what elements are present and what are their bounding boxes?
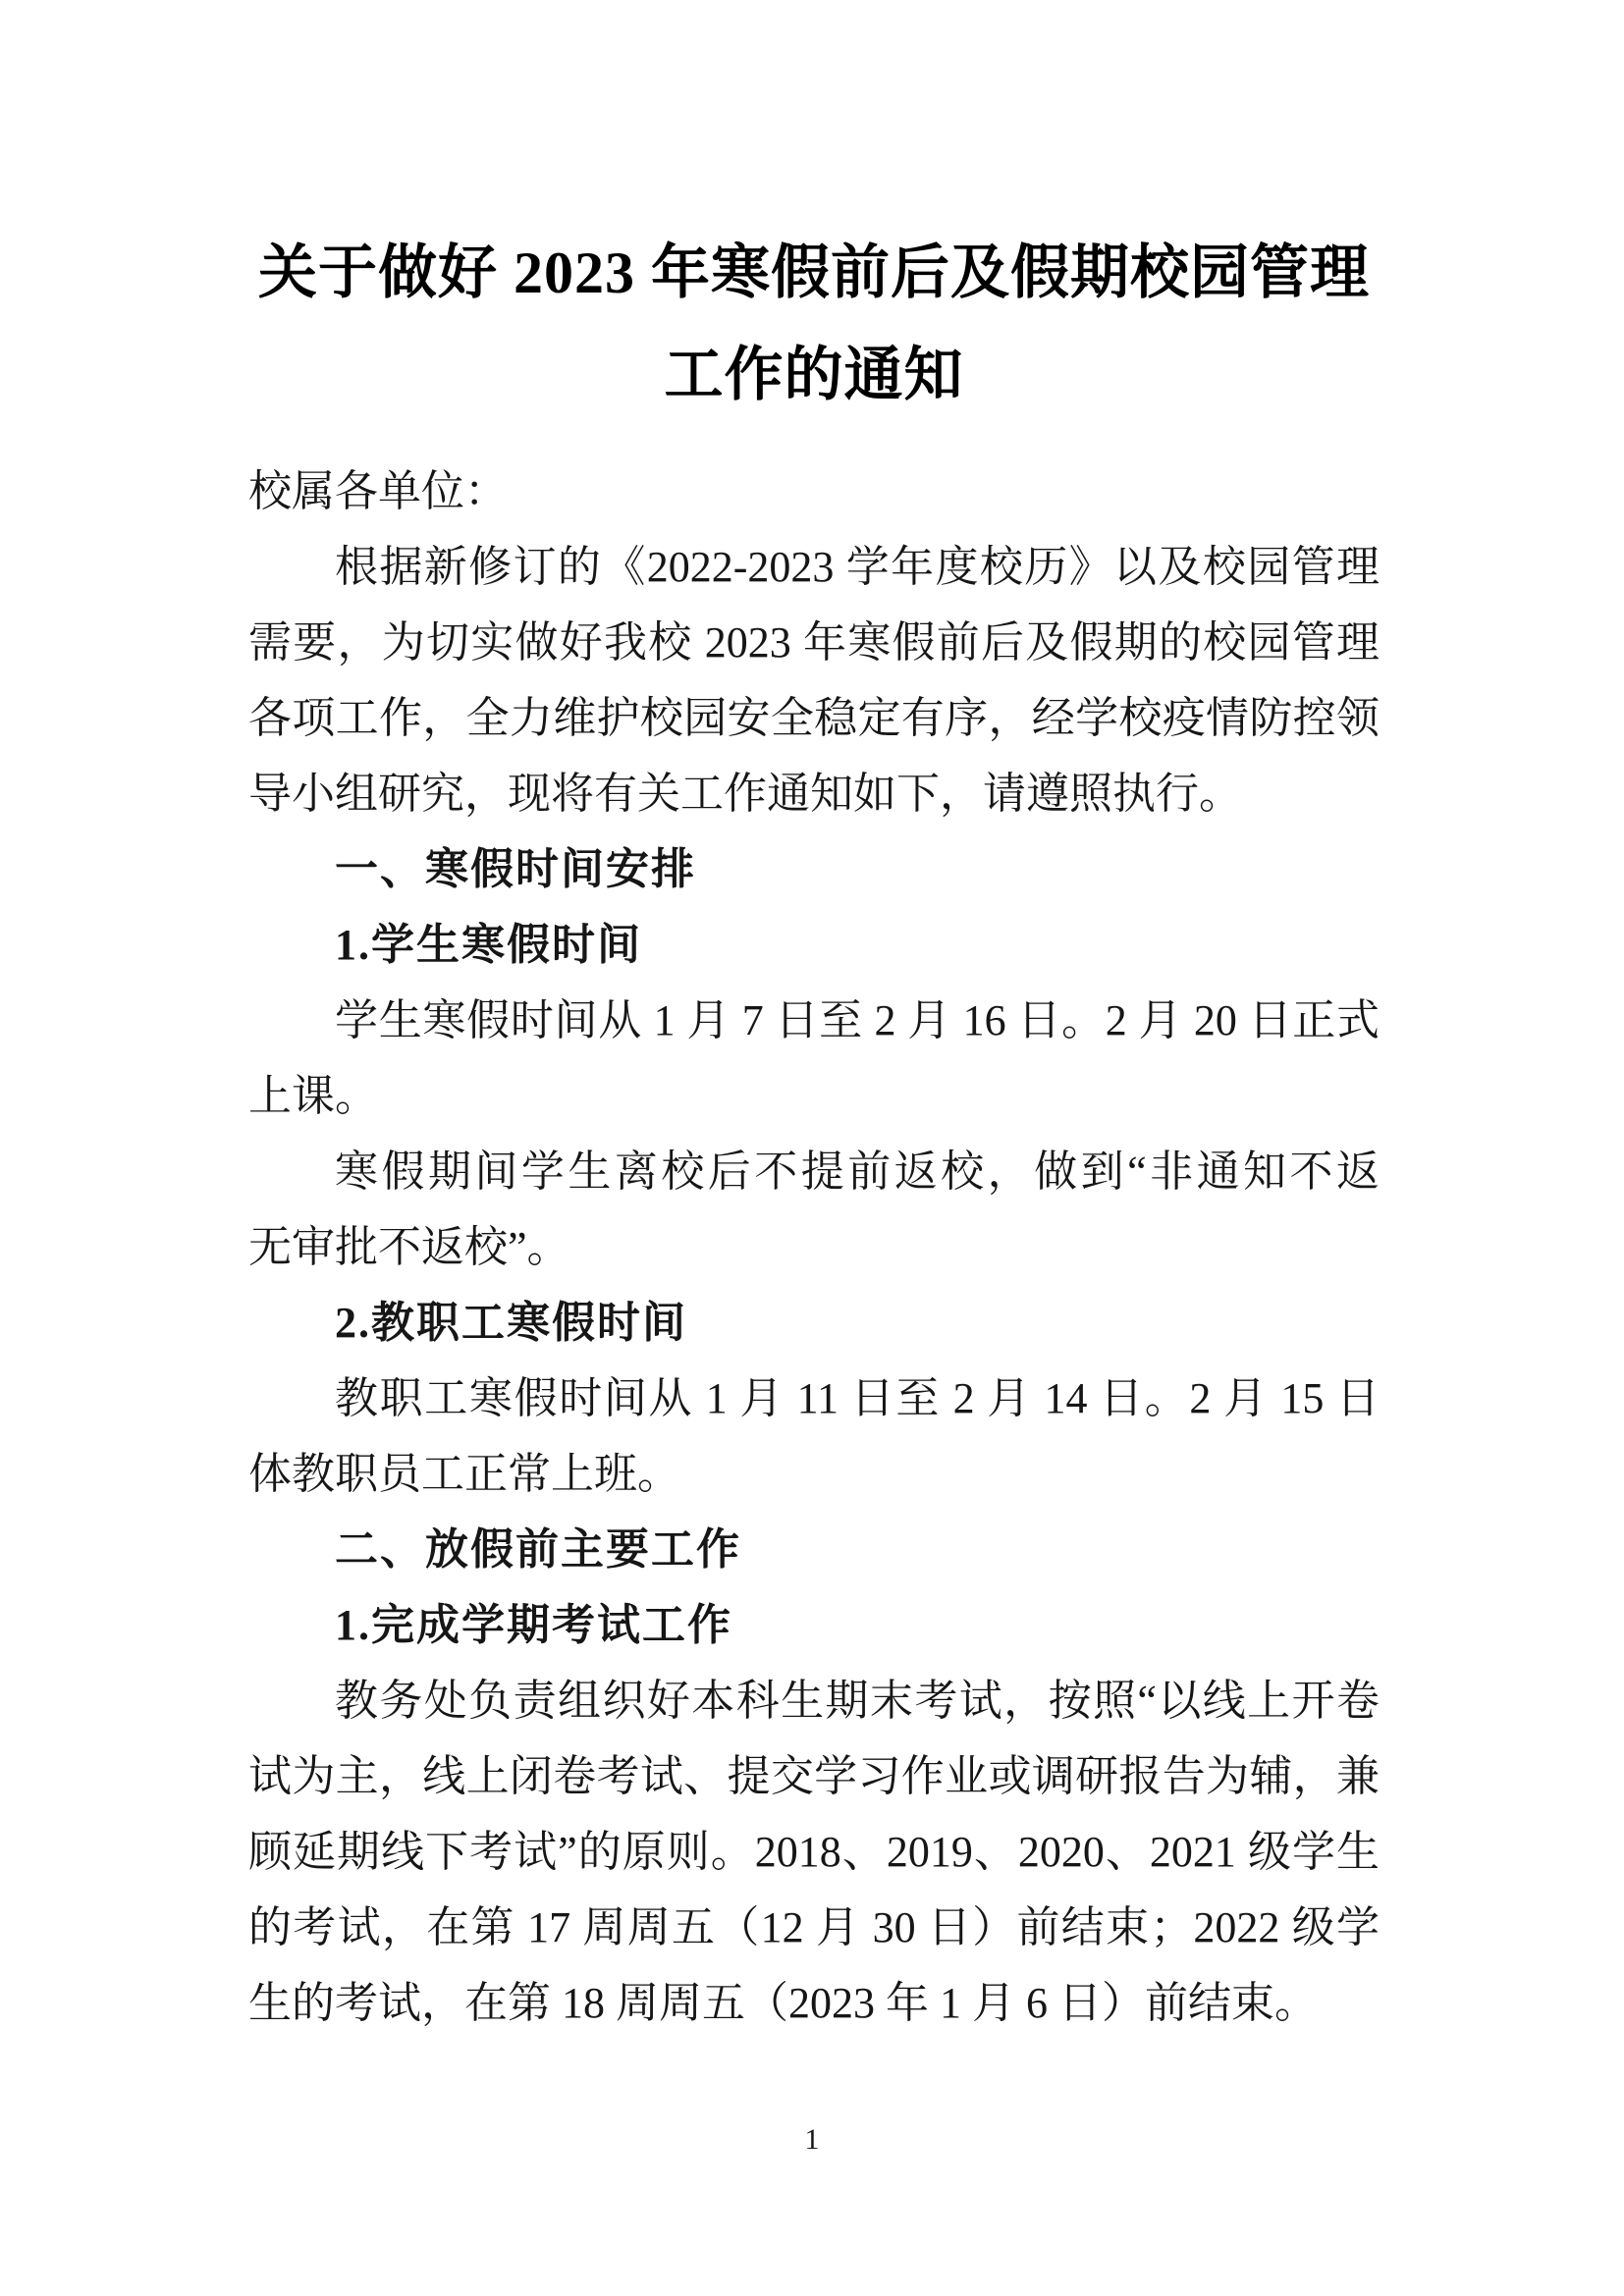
paragraph-line: 无审批不返校”。 bbox=[248, 1209, 1380, 1285]
paragraph-line: 寒假期间学生离校后不提前返校，做到“非通知不返校、 bbox=[248, 1134, 1380, 1209]
paragraph-line: 教职工寒假时间从 1 月 11 日至 2 月 14 日。2 月 15 日全 bbox=[248, 1361, 1380, 1436]
subsection-heading: 1.完成学期考试工作 bbox=[248, 1587, 1380, 1663]
paragraph-line: 生的考试，在第 18 周周五（2023 年 1 月 6 日）前结束。 bbox=[248, 1965, 1380, 2041]
paragraph-line: 顾延期线下考试”的原则。2018、2019、2020、2021 级学生 bbox=[248, 1814, 1380, 1890]
salutation: 校属各单位： bbox=[248, 454, 1380, 529]
subsection-heading: 2.教职工寒假时间 bbox=[248, 1285, 1380, 1361]
document-title: 关于做好 2023 年寒假前后及假期校园管理 工作的通知 bbox=[248, 222, 1380, 426]
section-heading-1: 一、寒假时间安排 bbox=[248, 831, 1380, 907]
document-body: 校属各单位： 根据新修订的《2022-2023 学年度校历》以及校园管理 需要，… bbox=[248, 454, 1380, 2041]
paragraph-line: 各项工作，全力维护校园安全稳定有序，经学校疫情防控领 bbox=[248, 680, 1380, 756]
paragraph-line: 导小组研究，现将有关工作通知如下，请遵照执行。 bbox=[248, 756, 1380, 831]
section-heading-2: 二、放假前主要工作 bbox=[248, 1512, 1380, 1587]
paragraph-line: 试为主，线上闭卷考试、提交学习作业或调研报告为辅，兼 bbox=[248, 1738, 1380, 1814]
paragraph-line: 上课。 bbox=[248, 1058, 1380, 1134]
document-page: 关于做好 2023 年寒假前后及假期校园管理 工作的通知 校属各单位： 根据新修… bbox=[0, 0, 1624, 2296]
paragraph-line: 体教职员工正常上班。 bbox=[248, 1436, 1380, 1512]
paragraph-line: 需要，为切实做好我校 2023 年寒假前后及假期的校园管理 bbox=[248, 605, 1380, 680]
paragraph-line: 根据新修订的《2022-2023 学年度校历》以及校园管理 bbox=[248, 529, 1380, 605]
document-title-line-2: 工作的通知 bbox=[248, 324, 1380, 426]
document-title-line-1: 关于做好 2023 年寒假前后及假期校园管理 bbox=[248, 222, 1380, 324]
document-content: 关于做好 2023 年寒假前后及假期校园管理 工作的通知 校属各单位： 根据新修… bbox=[248, 0, 1380, 2041]
paragraph-line: 的考试，在第 17 周周五（12 月 30 日）前结束；2022 级学 bbox=[248, 1890, 1380, 1965]
page-number: 1 bbox=[0, 2120, 1624, 2160]
paragraph-line: 学生寒假时间从 1 月 7 日至 2 月 16 日。2 月 20 日正式 bbox=[248, 983, 1380, 1058]
subsection-heading: 1.学生寒假时间 bbox=[248, 907, 1380, 983]
paragraph-line: 教务处负责组织好本科生期末考试，按照“以线上开卷考 bbox=[248, 1663, 1380, 1738]
